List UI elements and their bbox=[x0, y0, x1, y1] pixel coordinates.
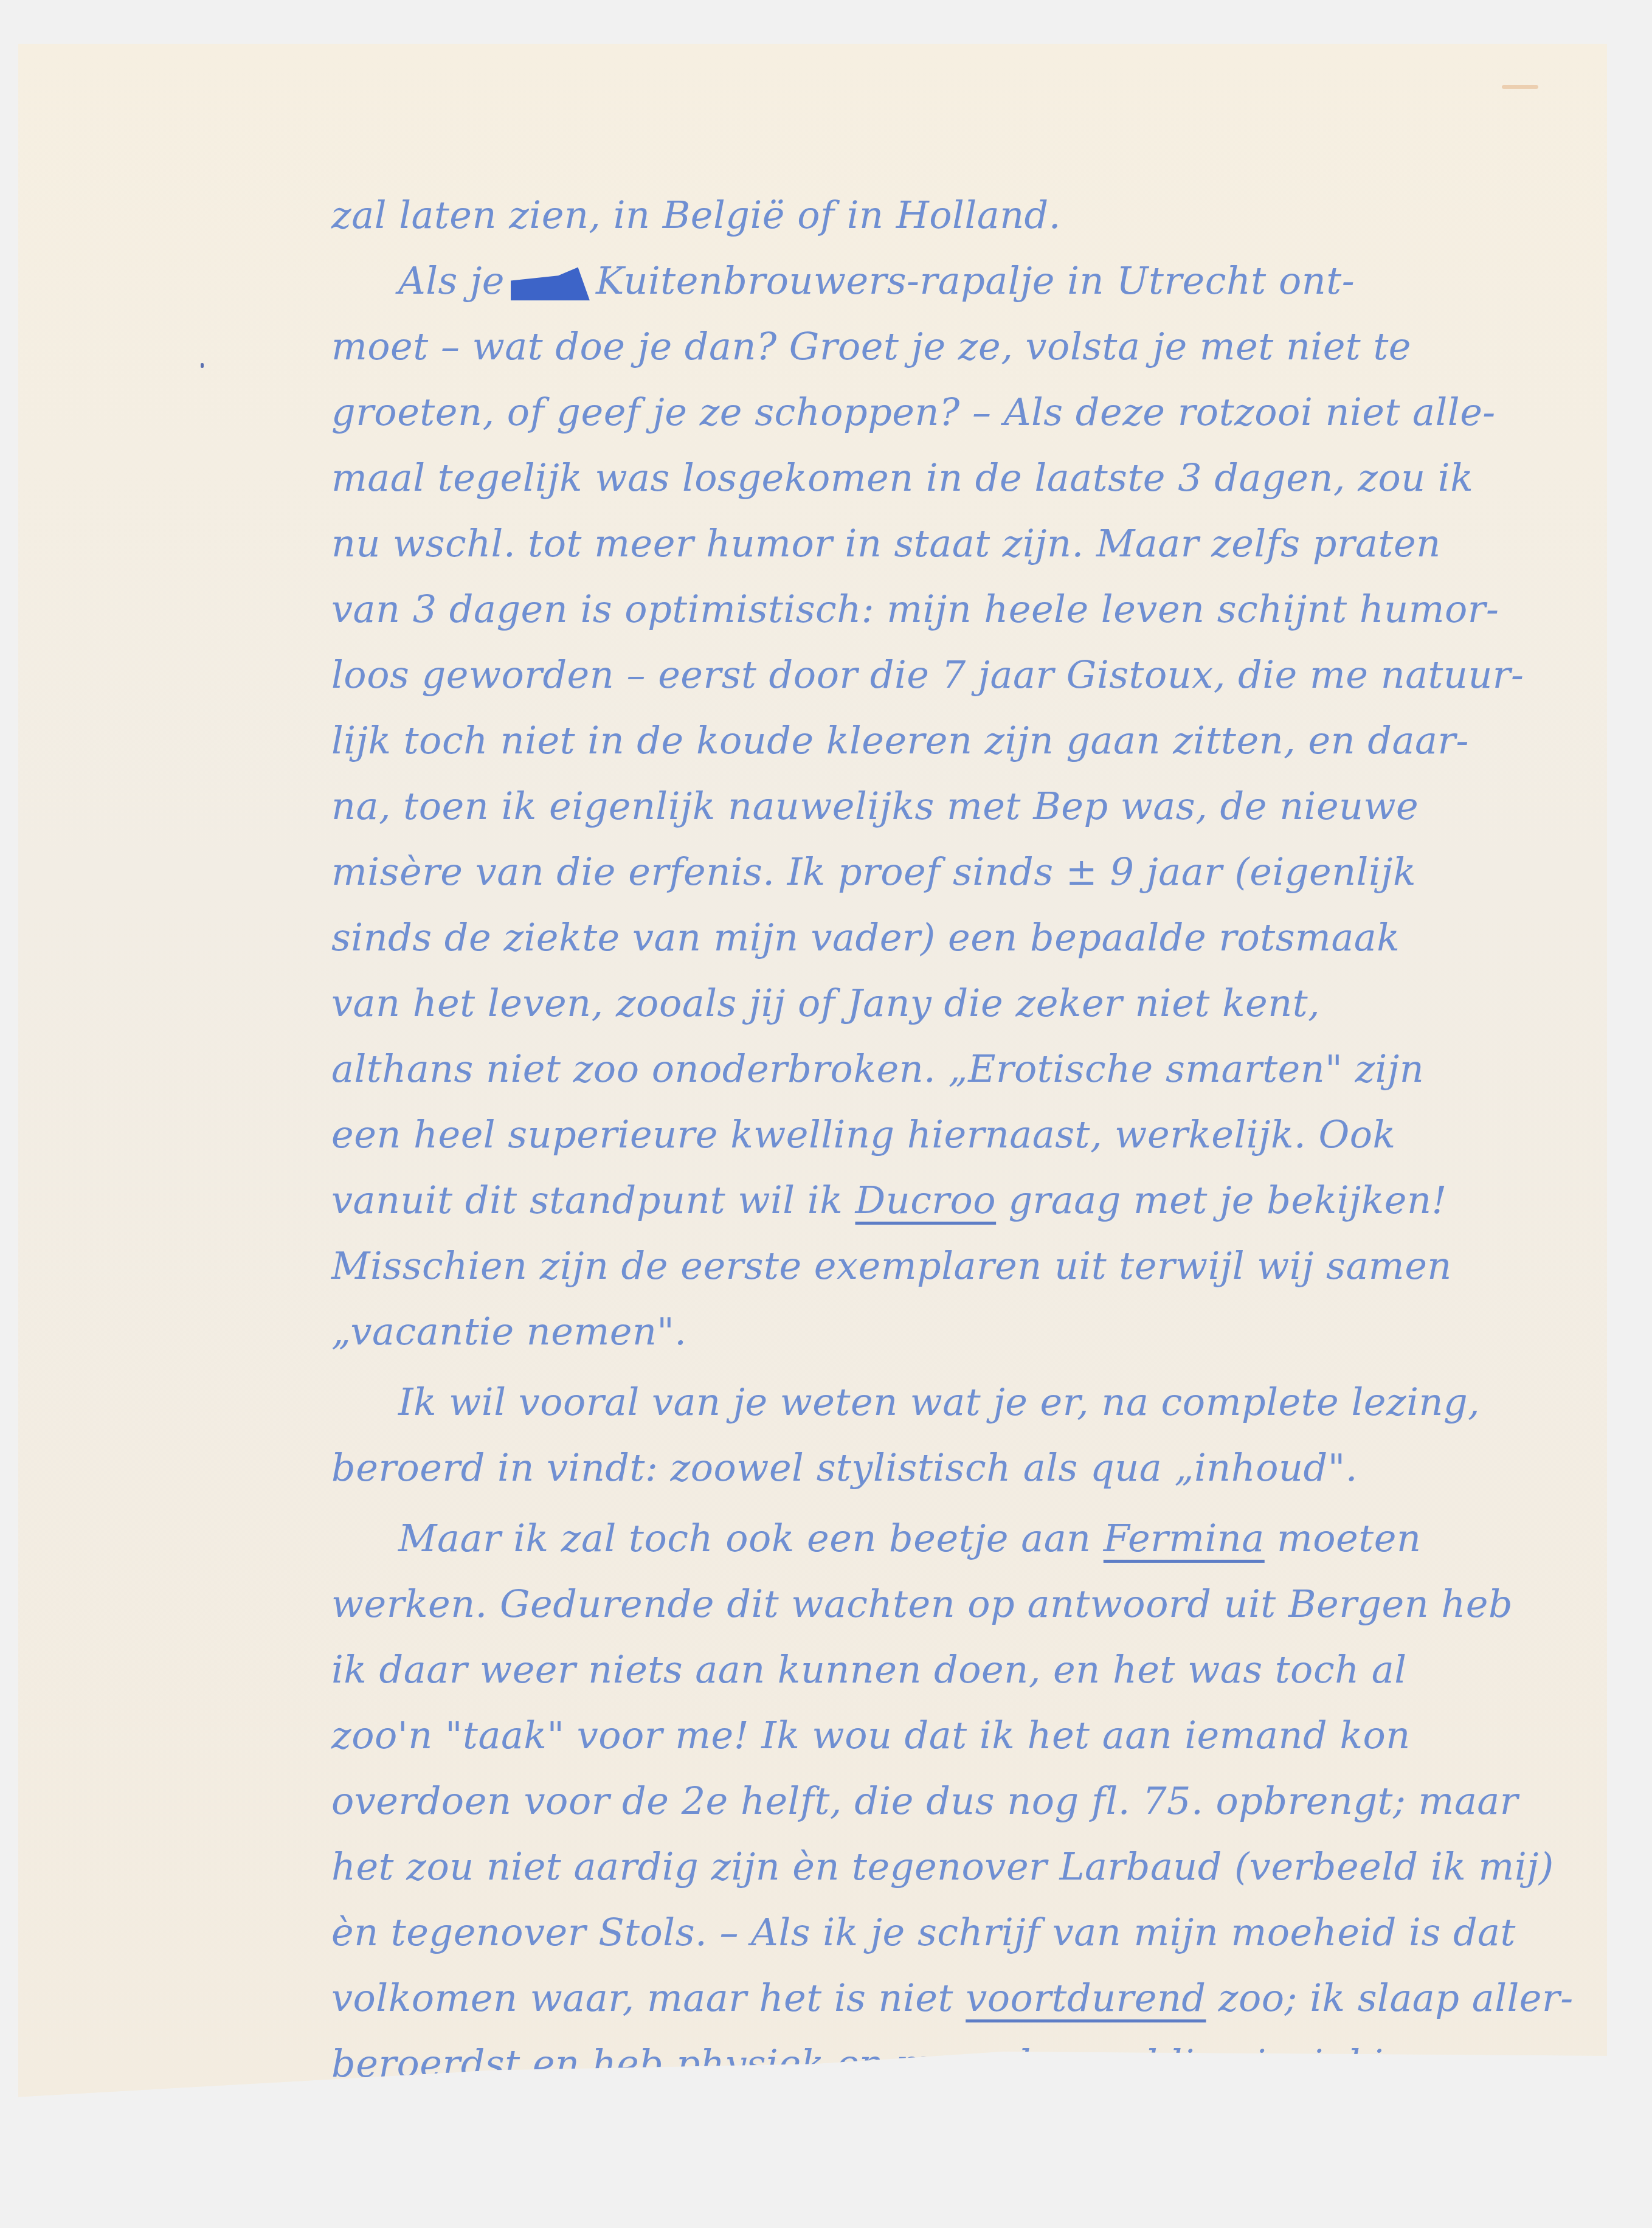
letter-page: zal laten zien, in België of in Holland.… bbox=[18, 44, 1607, 2105]
underlined-title-fermina: Fermina bbox=[1104, 1516, 1265, 1560]
text-line: nu wschl. tot meer humor in staat zijn. … bbox=[331, 511, 1620, 576]
text-line: zal laten zien, in België of in Holland. bbox=[331, 182, 1620, 248]
text-line: Ik wil vooral van je weten wat je er, na… bbox=[331, 1369, 1620, 1435]
ink-speck bbox=[201, 363, 204, 368]
text-line: een heel superieure kwelling hiernaast, … bbox=[331, 1102, 1620, 1168]
text-line: van het leven, zooals jij of Jany die ze… bbox=[331, 970, 1620, 1036]
text-line: daartegenover voel ik me op andere momen… bbox=[331, 2097, 1620, 2147]
text-line: Maar ik zal toch ook een beetje aan Ferm… bbox=[331, 1506, 1620, 1571]
underlined-word-voortdurend: voortdurend bbox=[966, 1976, 1206, 2020]
crossed-out-word: dit bbox=[511, 267, 590, 300]
text-line: sinds de ziekte van mijn vader) een bepa… bbox=[331, 905, 1620, 970]
text-line: groeten, of geef je ze schoppen? – Als d… bbox=[331, 379, 1620, 445]
text-line: Misschien zijn de eerste exemplaren uit … bbox=[331, 1233, 1620, 1299]
text-line: zoo'n "taak" voor me! Ik wou dat ik het … bbox=[331, 1703, 1620, 1768]
text-line: althans niet zoo onoderbroken. „Erotisch… bbox=[331, 1036, 1620, 1102]
text-line: loos geworden – eerst door die 7 jaar Gi… bbox=[331, 642, 1620, 708]
underlined-title-ducroo: Ducroo bbox=[855, 1178, 997, 1222]
text-line: misère van die erfenis. Ik proef sinds ±… bbox=[331, 839, 1620, 905]
text-line: lijk toch niet in de koude kleeren zijn … bbox=[331, 708, 1620, 773]
text-line: beroerdst en heb physiek en moreel gewel… bbox=[331, 2031, 1620, 2097]
text-line: moet – wat doe je dan? Groet je ze, vols… bbox=[331, 314, 1620, 379]
text-line: èn tegenover Stols. – Als ik je schrijf … bbox=[331, 1900, 1620, 1965]
paper-stain bbox=[1502, 85, 1538, 89]
text-line: beroerd in vindt: zoowel stylistisch als… bbox=[331, 1435, 1620, 1501]
text-line: „vacantie nemen". bbox=[331, 1299, 1620, 1365]
text-line: ik daar weer niets aan kunnen doen, en h… bbox=[331, 1637, 1620, 1703]
text-line: van 3 dagen is optimistisch: mijn heele … bbox=[331, 576, 1620, 642]
text-line: werken. Gedurende dit wachten op antwoor… bbox=[331, 1571, 1620, 1637]
handwritten-text: zal laten zien, in België of in Holland.… bbox=[331, 182, 1620, 2147]
text-line: volkomen waar, maar het is niet voortdur… bbox=[331, 1965, 1620, 2031]
text-line: overdoen voor de 2e helft, die dus nog f… bbox=[331, 1768, 1620, 1834]
text-line: maal tegelijk was losgekomen in de laats… bbox=[331, 445, 1620, 511]
text-line: vanuit dit standpunt wil ik Ducroo graag… bbox=[331, 1168, 1620, 1233]
text-line: het zou niet aardig zijn èn tegenover La… bbox=[331, 1834, 1620, 1900]
text-line: Als jeditKuitenbrouwers-rapalje in Utrec… bbox=[331, 248, 1620, 314]
text-line: na, toen ik eigenlijk nauwelijks met Bep… bbox=[331, 773, 1620, 839]
